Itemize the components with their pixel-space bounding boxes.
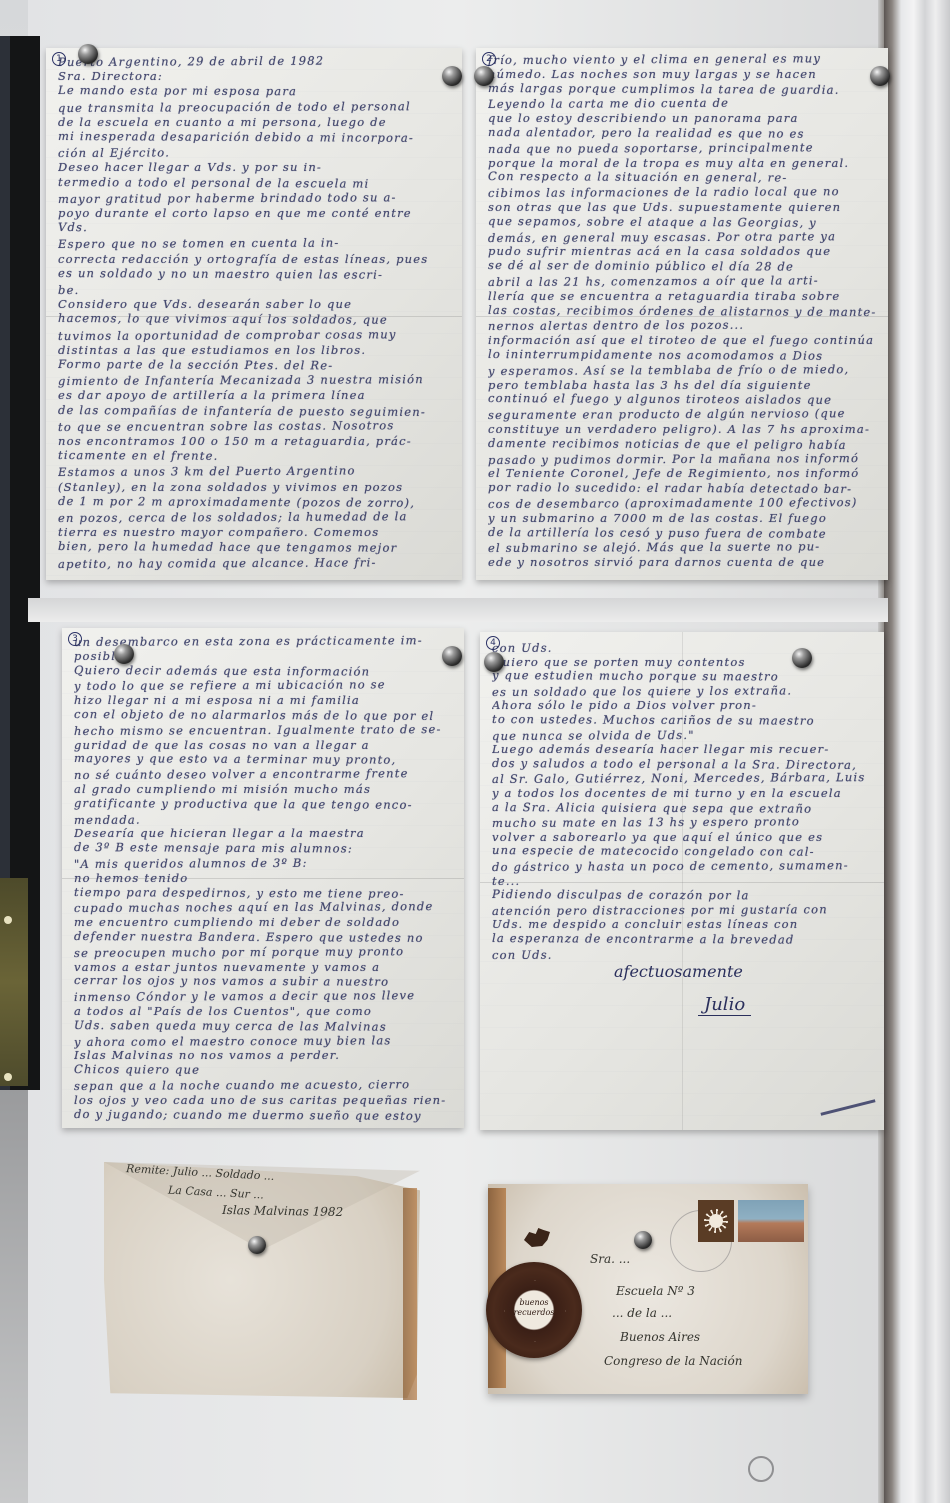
envelope-address-line: Sra. ... <box>590 1252 630 1266</box>
envelope-sender-line: Islas Malvinas 1982 <box>222 1203 343 1219</box>
pin-icon <box>78 44 98 64</box>
screw-hole-icon <box>748 1456 774 1482</box>
brass-hinge-plate <box>0 878 28 1086</box>
pin-icon <box>442 66 462 86</box>
handwritten-line: ede y nosotros sirvió para darnos cuenta… <box>488 555 876 573</box>
pin-icon <box>870 66 890 86</box>
pen-stroke <box>820 1099 875 1115</box>
envelope-stained-edge <box>403 1188 417 1400</box>
pin-icon <box>248 1236 266 1254</box>
envelope-address-line: Escuela Nº 3 <box>616 1284 695 1298</box>
pin-icon <box>792 648 812 668</box>
handwritten-line: do y jugando; cuando me duermo sueño que… <box>74 1107 452 1127</box>
pin-icon <box>114 644 134 664</box>
case-right-post <box>884 0 950 1503</box>
case-left-base <box>0 1090 28 1503</box>
pin-icon <box>474 66 494 86</box>
pin-icon <box>442 646 462 666</box>
letter-page-1: 1 Puerto Argentino, 29 de abril de 1982S… <box>46 48 462 580</box>
screw-icon <box>4 1073 12 1081</box>
letter-page-3: 3 un desembarco en esta zona es práctica… <box>62 628 464 1128</box>
signature: Julio <box>698 994 751 1016</box>
seal-text: buenos recuerdos <box>506 1298 562 1318</box>
handwritten-line: apetito, no hay comida que alcance. Hace… <box>58 555 450 575</box>
letter-page-4: 4 afectuosamente Julio con Uds.Quiero qu… <box>480 632 884 1130</box>
sun-stamp-icon <box>698 1200 734 1242</box>
pin-icon <box>484 652 504 672</box>
envelope-address-line: Congreso de la Nación <box>604 1354 742 1368</box>
screw-icon <box>4 916 12 924</box>
handwritten-line: con Uds. <box>492 946 872 966</box>
envelope-address-line: ... de la ... <box>612 1306 672 1320</box>
letter-page-2: 2 frío, mucho viento y el clima en gener… <box>476 48 888 580</box>
pin-icon <box>634 1231 652 1249</box>
shelf-gap <box>28 598 888 622</box>
envelope-address-line: Buenos Aires <box>620 1330 700 1344</box>
ship-stamp-icon <box>738 1200 804 1242</box>
